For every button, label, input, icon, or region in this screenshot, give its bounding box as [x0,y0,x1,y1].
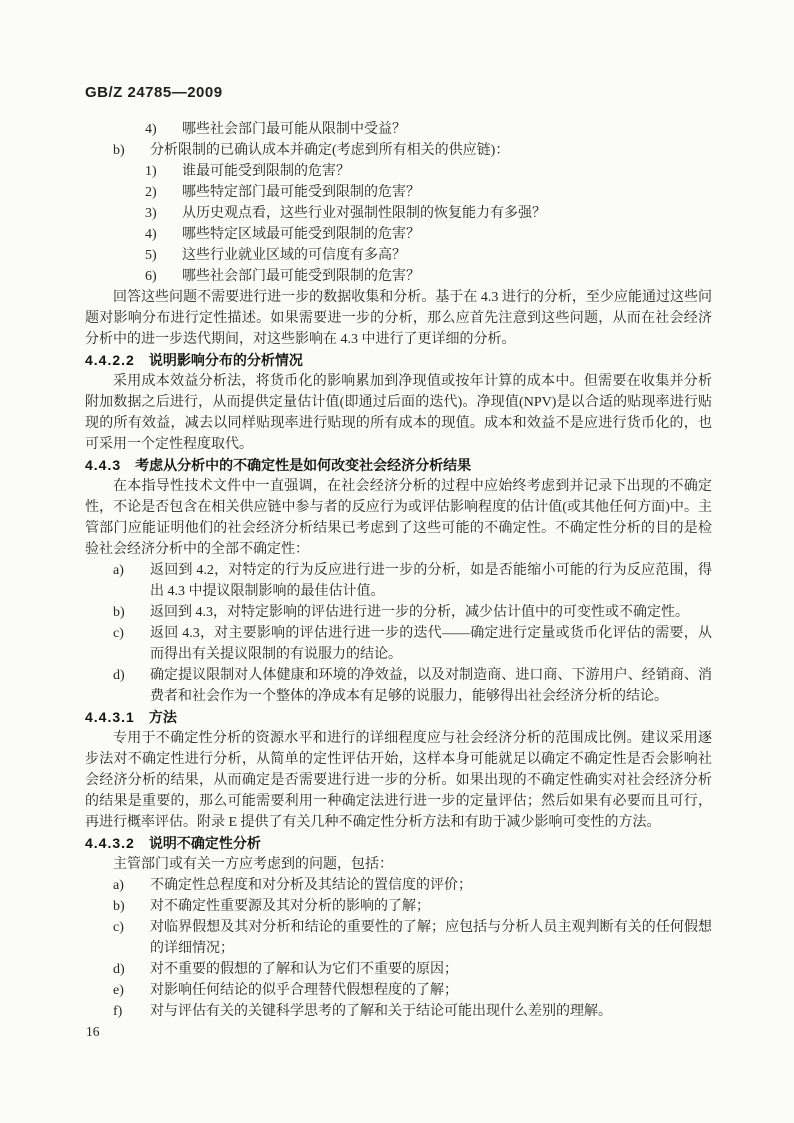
list-item-label: b) [113,140,150,161]
list-item-b-costs: b) 分析限制的已确认成本并确定(考虑到所有相关的供应链)： [85,140,712,161]
paragraph-cost-benefit: 采用成本效益分析法，将货币化的影响累加到净现值或按年计算的成本中。但需要在收集并… [85,371,712,455]
consideration-item-b: b) 对不确定性重要源及其对分析的影响的了解； [85,896,712,917]
cost-question-2: 2) 哪些特定部门最可能受到限制的危害？ [85,182,712,203]
uncertainty-step-d: d) 确定提议限制对人体健康和环境的净效益，以及对制造商、进口商、下游用户、经销… [85,665,712,707]
paragraph-considerations-intro: 主管部门或有关一方应考虑到的问题，包括： [85,854,712,875]
cost-question-4: 4) 哪些特定区域最可能受到限制的危害？ [85,224,712,245]
page-header: GB/Z 24785—2009 [85,82,712,103]
heading-4-4-3-1: 4.4.3.1方法 [85,707,712,728]
list-item-label: 5) [145,245,182,266]
list-item-text: 对不重要的假想的了解和认为它们不重要的原因； [150,959,712,980]
heading-number: 4.4.3.1 [85,709,135,725]
heading-title: 说明不确定性分析 [149,835,261,851]
doc-code: GB/Z 24785—2009 [85,84,223,101]
page-number: 16 [86,1021,100,1042]
list-item-text: 哪些特定部门最可能受到限制的危害？ [182,182,712,203]
paragraph-distribution-answer: 回答这些问题不需要进行进一步的数据收集和分析。基于在 4.3 进行的分析，至少应… [85,287,712,350]
list-item-text: 对与评估有关的关键科学思考的了解和关于结论可能出现什么差别的理解。 [150,1001,712,1022]
list-item-label: b) [113,896,150,917]
consideration-item-a: a) 不确定性总程度和对分析及其结论的置信度的评价； [85,875,712,896]
list-item-text: 谁最可能受到限制的危害？ [182,161,712,182]
list-item-label: 1) [145,161,182,182]
heading-title: 说明影响分布的分析情况 [149,352,303,368]
list-item-label: 6) [145,266,182,287]
list-item-label: d) [113,665,150,707]
heading-number: 4.4.3 [85,457,121,473]
cost-question-5: 5) 这些行业就业区域的可信度有多高？ [85,245,712,266]
list-item-label: e) [113,980,150,1001]
list-item-benefit-4: 4) 哪些社会部门最可能从限制中受益？ [85,119,712,140]
list-item-label: d) [113,959,150,980]
heading-4-4-3: 4.4.3考虑从分析中的不确定性是如何改变社会经济分析结果 [85,455,712,476]
list-item-text: 确定提议限制对人体健康和环境的净效益，以及对制造商、进口商、下游用户、经销商、消… [150,665,712,707]
list-item-label: 2) [145,182,182,203]
document-body: 4) 哪些社会部门最可能从限制中受益？ b) 分析限制的已确认成本并确定(考虑到… [85,119,712,1022]
list-item-text: 返回到 4.3，对特定影响的评估进行进一步的分析，减少估计值中的可变性或不确定性… [150,602,712,623]
list-item-text: 对影响任何结论的似乎合理替代假想程度的了解； [150,980,712,1001]
list-item-text: 对临界假想及其对分析和结论的重要性的了解；应包括与分析人员主观判断有关的任何假想… [150,917,712,959]
list-item-text: 返回到 4.2，对特定的行为反应进行进一步的分析，如是否能缩小可能的行为反应范围… [150,560,712,602]
cost-question-3: 3) 从历史观点看，这些行业对强制性限制的恢复能力有多强？ [85,203,712,224]
list-item-text: 哪些特定区域最可能受到限制的危害？ [182,224,712,245]
list-item-label: 4) [145,119,182,140]
list-item-label: c) [113,917,150,959]
heading-4-4-2-2: 4.4.2.2说明影响分布的分析情况 [85,350,712,371]
heading-number: 4.4.2.2 [85,352,135,368]
list-item-label: a) [113,875,150,896]
heading-4-4-3-2: 4.4.3.2说明不确定性分析 [85,833,712,854]
heading-title: 方法 [149,709,177,725]
paragraph-method: 专用于不确定性分析的资源水平和进行的详细程度应与社会经济分析的范围成比例。建议采… [85,728,712,833]
uncertainty-step-c: c) 返回 4.3，对主要影响的评估进行进一步的迭代——确定进行定量或货币化评估… [85,623,712,665]
heading-title: 考虑从分析中的不确定性是如何改变社会经济分析结果 [135,457,471,473]
list-item-text: 不确定性总程度和对分析及其结论的置信度的评价； [150,875,712,896]
consideration-item-c: c) 对临界假想及其对分析和结论的重要性的了解；应包括与分析人员主观判断有关的任… [85,917,712,959]
list-item-label: b) [113,602,150,623]
list-item-text: 对不确定性重要源及其对分析的影响的了解； [150,896,712,917]
list-item-text: 这些行业就业区域的可信度有多高？ [182,245,712,266]
document-page: GB/Z 24785—2009 4) 哪些社会部门最可能从限制中受益？ b) 分… [0,0,794,1123]
consideration-item-f: f) 对与评估有关的关键科学思考的了解和关于结论可能出现什么差别的理解。 [85,1001,712,1022]
list-item-label: 4) [145,224,182,245]
consideration-item-e: e) 对影响任何结论的似乎合理替代假想程度的了解； [85,980,712,1001]
cost-question-6: 6) 哪些社会部门最可能受到限制的危害？ [85,266,712,287]
uncertainty-step-a: a) 返回到 4.2，对特定的行为反应进行进一步的分析，如是否能缩小可能的行为反… [85,560,712,602]
list-item-text: 分析限制的已确认成本并确定(考虑到所有相关的供应链)： [150,140,712,161]
list-item-label: 3) [145,203,182,224]
list-item-text: 哪些社会部门最可能受到限制的危害？ [182,266,712,287]
consideration-item-d: d) 对不重要的假想的了解和认为它们不重要的原因； [85,959,712,980]
list-item-label: c) [113,623,150,665]
list-item-label: a) [113,560,150,602]
heading-number: 4.4.3.2 [85,835,135,851]
list-item-text: 返回 4.3，对主要影响的评估进行进一步的迭代——确定进行定量或货币化评估的需要… [150,623,712,665]
list-item-text: 从历史观点看，这些行业对强制性限制的恢复能力有多强？ [182,203,712,224]
cost-question-1: 1) 谁最可能受到限制的危害？ [85,161,712,182]
uncertainty-step-b: b) 返回到 4.3，对特定影响的评估进行进一步的分析，减少估计值中的可变性或不… [85,602,712,623]
paragraph-uncertainty-intro: 在本指导性技术文件中一直强调，在社会经济分析的过程中应始终考虑到并记录下出现的不… [85,476,712,560]
list-item-label: f) [113,1001,150,1022]
list-item-text: 哪些社会部门最可能从限制中受益？ [182,119,712,140]
